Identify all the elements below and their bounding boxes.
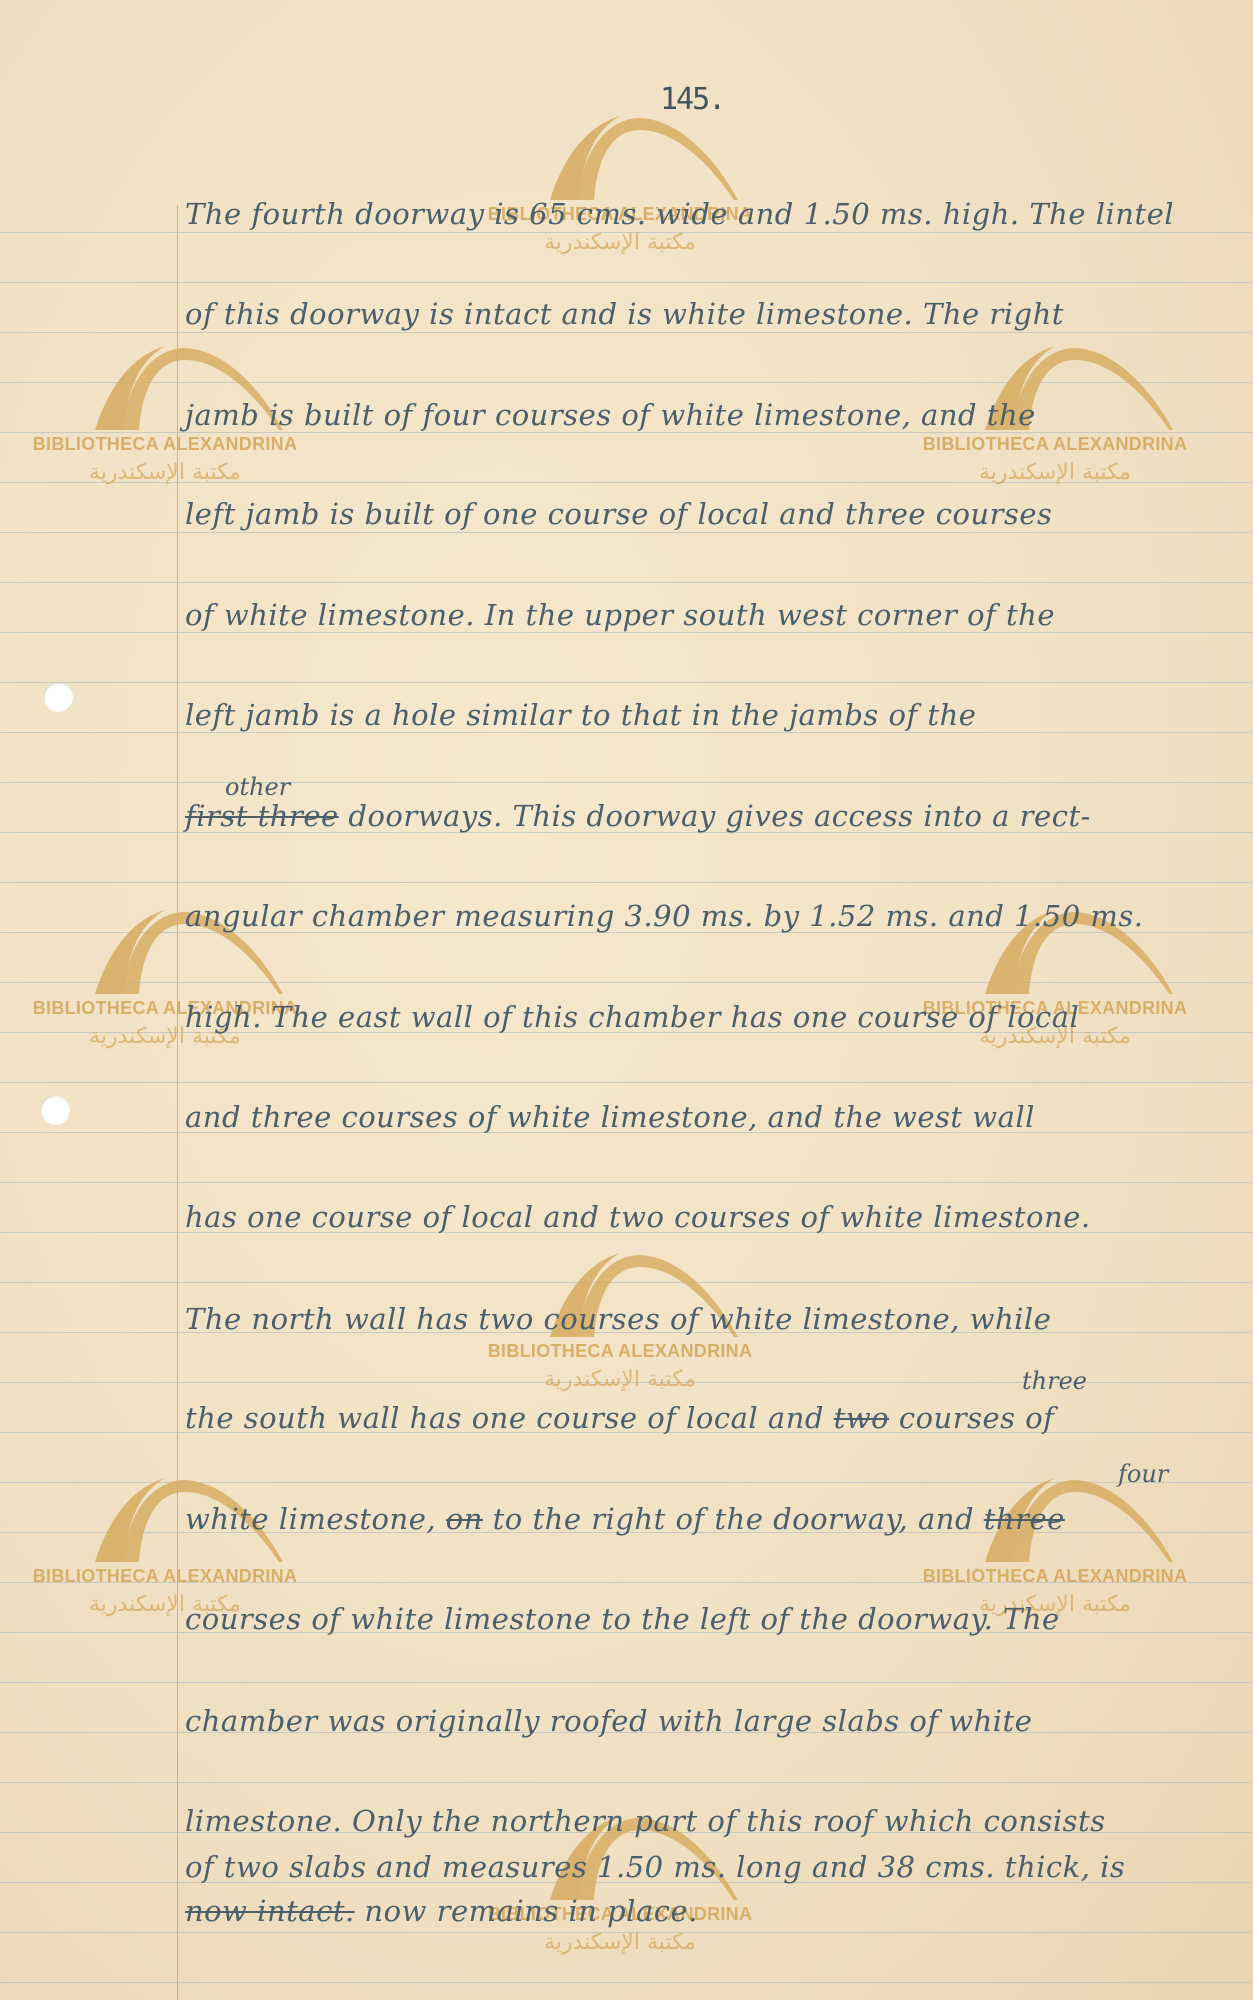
library-watermark: BIBLIOTHECA ALEXANDRINA مكتبة الإسكندرية: [470, 108, 770, 268]
text-line: courses of white limestone to the left o…: [185, 1602, 1060, 1636]
watermark-arabic: مكتبة الإسكندرية: [470, 230, 770, 255]
text-segment: The north wall has two courses of white …: [185, 1302, 1051, 1336]
watermark-arabic: مكتبة الإسكندرية: [470, 1930, 770, 1955]
ruled-line: [0, 332, 1253, 333]
text-line: first three doorways. This doorway gives…: [185, 799, 1091, 833]
struck-text: two: [834, 1401, 889, 1435]
ruled-line: [0, 982, 1253, 983]
text-segment: of white limestone. In the upper south w…: [185, 598, 1055, 632]
ruled-line: [0, 382, 1253, 383]
ruled-line: [0, 1582, 1253, 1583]
text-segment: courses of white limestone to the left o…: [185, 1602, 1060, 1636]
text-line: high. The east wall of this chamber has …: [185, 1000, 1079, 1034]
text-line: has one course of local and two courses …: [185, 1200, 1091, 1234]
text-line: left jamb is a hole similar to that in t…: [185, 698, 976, 732]
text-segment: of two slabs and measures 1.50 ms. long …: [185, 1850, 1125, 1884]
text-line: of two slabs and measures 1.50 ms. long …: [185, 1850, 1125, 1884]
watermark-arabic: مكتبة الإسكندرية: [470, 1367, 770, 1392]
ruled-line: [0, 432, 1253, 433]
ruled-line: [0, 1282, 1253, 1283]
text-segment: chamber was originally roofed with large…: [185, 1704, 1032, 1738]
page-number: 145.: [660, 82, 724, 117]
ruled-line: [0, 1982, 1253, 1983]
interlinear-insertion: three: [1022, 1367, 1087, 1395]
text-line: limestone. Only the northern part of thi…: [185, 1804, 1106, 1838]
text-line: angular chamber measuring 3.90 ms. by 1.…: [185, 899, 1144, 933]
struck-text: now intact.: [185, 1894, 355, 1928]
struck-text: first three: [185, 799, 339, 833]
text-segment: jamb is built of four courses of white l…: [185, 398, 1036, 432]
watermark-english: BIBLIOTHECA ALEXANDRINA: [470, 1341, 770, 1362]
ruled-line: [0, 232, 1253, 233]
ruled-line: [0, 482, 1253, 483]
punch-hole-top: [43, 682, 73, 712]
text-segment: to the right of the doorway, and: [483, 1502, 984, 1536]
text-line: The fourth doorway is 65 cms. wide and 1…: [185, 197, 1174, 231]
text-line: jamb is built of four courses of white l…: [185, 398, 1036, 432]
punch-hole-bottom: [40, 1095, 70, 1125]
text-line: now intact. now remains in place.: [185, 1894, 698, 1928]
ruled-line: [0, 1682, 1253, 1683]
text-line: of white limestone. In the upper south w…: [185, 598, 1055, 632]
text-segment: limestone. Only the northern part of thi…: [185, 1804, 1106, 1838]
text-line: the south wall has one course of local a…: [185, 1401, 1054, 1435]
text-segment: white limestone,: [185, 1502, 446, 1536]
text-line: left jamb is built of one course of loca…: [185, 497, 1052, 531]
ruled-line: [0, 1782, 1253, 1783]
text-line: of this doorway is intact and is white l…: [185, 297, 1064, 331]
text-segment: high. The east wall of this chamber has …: [185, 1000, 1079, 1034]
text-segment: left jamb is built of one course of loca…: [185, 497, 1052, 531]
ruled-line: [0, 582, 1253, 583]
interlinear-insertion: other: [225, 773, 290, 801]
interlinear-insertion: four: [1118, 1460, 1168, 1488]
text-line: white limestone, on to the right of the …: [185, 1502, 1065, 1536]
struck-text: three: [984, 1502, 1065, 1536]
ruled-line: [0, 782, 1253, 783]
text-segment: The fourth doorway is 65 cms. wide and 1…: [185, 197, 1174, 231]
text-line: chamber was originally roofed with large…: [185, 1704, 1032, 1738]
ruled-line: [0, 882, 1253, 883]
ruled-line: [0, 682, 1253, 683]
text-segment: has one course of local and two courses …: [185, 1200, 1091, 1234]
arch-logo-icon: [470, 108, 770, 208]
manuscript-page: 145. BIBLIOTHECA ALEXANDRINA مكتبة الإسك…: [0, 0, 1253, 2000]
text-segment: doorways. This doorway gives access into…: [339, 799, 1091, 833]
watermark-english: BIBLIOTHECA ALEXANDRINA: [15, 434, 315, 455]
text-segment: of this doorway is intact and is white l…: [185, 297, 1064, 331]
text-segment: left jamb is a hole similar to that in t…: [185, 698, 976, 732]
text-line: The north wall has two courses of white …: [185, 1302, 1051, 1336]
ruled-line: [0, 732, 1253, 733]
watermark-english: BIBLIOTHECA ALEXANDRINA: [905, 1566, 1205, 1587]
text-segment: and three courses of white limestone, an…: [185, 1100, 1035, 1134]
ruled-line: [0, 1182, 1253, 1183]
ruled-line: [0, 1482, 1253, 1483]
watermark-english: BIBLIOTHECA ALEXANDRINA: [905, 434, 1205, 455]
text-segment: the south wall has one course of local a…: [185, 1401, 834, 1435]
margin-line: [177, 205, 178, 2000]
text-segment: angular chamber measuring 3.90 ms. by 1.…: [185, 899, 1144, 933]
text-segment: courses of: [889, 1401, 1054, 1435]
ruled-line: [0, 1082, 1253, 1083]
ruled-line: [0, 532, 1253, 533]
ruled-line: [0, 282, 1253, 283]
struck-text: on: [446, 1502, 483, 1536]
ruled-line: [0, 632, 1253, 633]
text-line: and three courses of white limestone, an…: [185, 1100, 1035, 1134]
ruled-line: [0, 1932, 1253, 1933]
watermark-english: BIBLIOTHECA ALEXANDRINA: [15, 1566, 315, 1587]
text-segment: now remains in place.: [355, 1894, 698, 1928]
